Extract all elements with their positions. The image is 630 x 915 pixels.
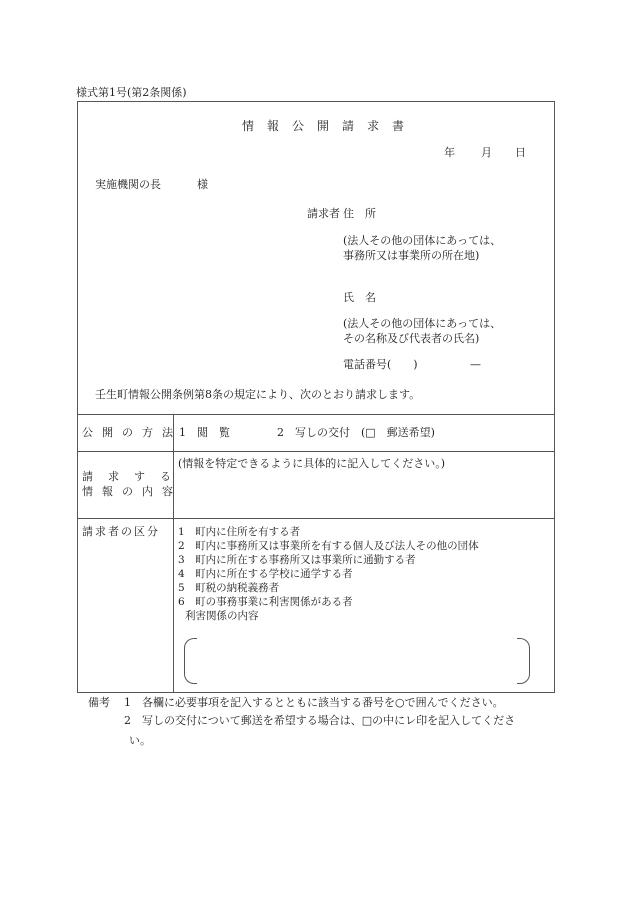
address-field[interactable] [378,205,548,221]
method-option-copy[interactable]: 2 写しの交付 (□ 郵送希望) [277,426,435,440]
name-note-1: (法人その他の団体にあっては、 [343,317,501,331]
addressee-label: 実施機関の長 [95,178,161,192]
remarks-label: 備考 [88,696,110,710]
addressee-honorific: 様 [197,178,208,192]
divider [78,518,554,519]
category-item-2[interactable]: 2 町内に事務所又は事業所を有する個人及び法人その他の団体 [178,539,479,553]
date-day: 日 [515,146,526,160]
date-month: 月 [481,146,492,160]
name-field[interactable] [378,289,548,305]
right-bracket [517,638,530,684]
category-item-5[interactable]: 5 町税の納税義務者 [178,581,279,595]
request-form-table: 情報公開請求書 年 月 日 実施機関の長 様 請求者 住 所 (法人その他の団体… [77,101,555,693]
category-item-3[interactable]: 3 町内に所在する事務所又は事業所に通勤する者 [178,553,416,567]
remarks-note-2-cont: い。 [129,734,151,748]
address-label: 住 所 [343,207,376,221]
left-bracket [184,638,197,684]
phone-label: 電話番号( ) [343,358,418,372]
phone-dash: — [470,358,481,372]
method-header: 公開の方法 [82,426,182,440]
address-note-1: (法人その他の団体にあっては、 [343,234,501,248]
address-note-2: 事務所又は事業所の所在地) [343,249,479,263]
info-content-field[interactable] [178,474,548,514]
date-year: 年 [444,146,455,160]
request-statement: 壬生町情報公開条例第8条の規定により、次のとおり請求します。 [95,388,420,402]
interest-content-field[interactable] [198,640,516,682]
remarks-note-1: 1 各欄に必要事項を記入するとともに該当する番号を○で囲んでください。 [124,696,504,710]
form-number: 様式第1号(第2条関係) [76,84,187,100]
category-item-1[interactable]: 1 町内に住所を有する者 [178,525,300,539]
category-item-6[interactable]: 6 町の事務事業に利害関係がある者 [178,595,353,609]
requester-label: 請求者 [307,207,340,221]
info-note: (情報を特定できるように具体的に記入してください。) [178,457,445,471]
info-header-line1: 請 求 す る [82,470,173,484]
method-option-view[interactable]: 1 閲 覧 [179,426,230,440]
divider [78,451,554,452]
category-item-4[interactable]: 4 町内に所在する学校に通学する者 [178,567,353,581]
remarks-note-2: 2 写しの交付について郵送を希望する場合は、□の中にレ印を記入してくださ [124,714,515,728]
form-title: 情報公開請求書 [242,117,417,134]
interest-label: 利害関係の内容 [185,609,259,623]
info-header-line2: 情報の内容 [82,485,182,499]
name-label: 氏 名 [343,291,376,305]
category-header: 請求者の区分 [82,525,160,539]
column-divider [173,414,174,692]
divider [78,414,554,415]
name-note-2: その名称及び代表者の氏名) [343,332,479,346]
